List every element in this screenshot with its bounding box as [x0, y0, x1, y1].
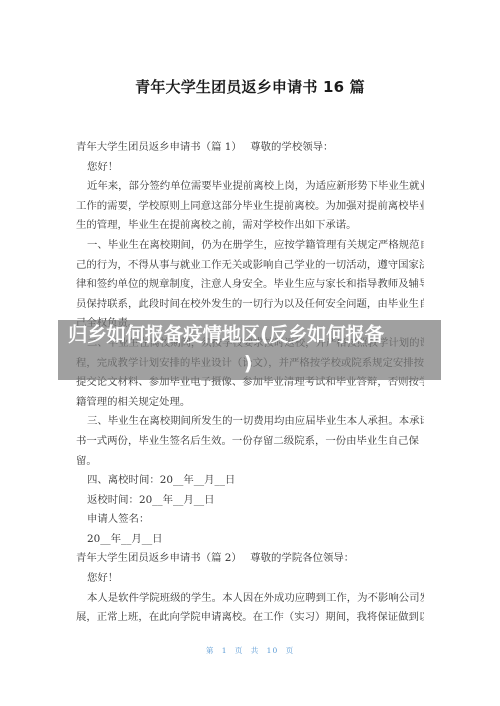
document-line: 书一式两份，毕业生签名后生效。一份存留二级院系，一份由毕业生自己保 [76, 432, 424, 452]
document-line: 工作的需要，学校原则上同意这部分毕业生提前离校。为加强对提前离校毕业 [76, 197, 424, 217]
overlay-title-line2: ) [68, 349, 428, 378]
document-line: 20__年__月__日 [76, 530, 424, 550]
document-line: 青年大学生团员返乡申请书（篇 2） 尊敬的学院各位领导： [76, 549, 424, 569]
document-page: 青年大学生团员返乡申请书 16 篇 青年大学生团员返乡申请书（篇 1） 尊敬的学… [0, 0, 500, 706]
document-line: 员保持联系，此段时间在校外发生的一切行为以及任何安全问题，由毕业生自 [76, 295, 424, 315]
document-line: 生的管理，毕业生在提前离校之前，需对学校作出如下承诺。 [76, 216, 424, 236]
document-line: 近年来，部分签约单位需要毕业提前离校上岗，为适应新形势下毕业生就业 [76, 177, 424, 197]
document-line: 本人是软件学院班级的学生。本人因在外成功应聘到工作，为不影响公司发 [76, 589, 424, 609]
document-line: 律和签约单位的规章制度，注意人身安全。毕业生应与家长和指导教师及辅导 [76, 275, 424, 295]
page-footer: 第 1 页 共 10 页 [0, 645, 500, 656]
document-line: 留。 [76, 452, 424, 472]
document-line: 己的行为，不得从事与就业工作无关或影响自己学业的一切活动，遵守国家法 [76, 256, 424, 276]
document-line: 返校时间：20__年__月__日 [76, 491, 424, 511]
document-line: 籍管理的相关规定处理。 [76, 393, 424, 413]
document-line: 展，正常上班，在此向学院申请离校。在工作（实习）期间，我将保证做到以 [76, 608, 424, 628]
document-body: 青年大学生团员返乡申请书（篇 1） 尊敬的学校领导：您好！近年来，部分签约单位需… [76, 138, 424, 628]
document-line: 一、毕业生在离校期间，仍为在册学生，应按学籍管理有关规定严格规范自 [76, 236, 424, 256]
document-line: 四、离校时间：20__年__月__日 [76, 471, 424, 491]
document-title: 青年大学生团员返乡申请书 16 篇 [0, 76, 500, 97]
overlay-title-line1: 归乡如何报备疫情地区(反乡如何报备 [68, 323, 384, 346]
document-line: 三、毕业生在离校期间所发生的一切费用均由应届毕业生本人承担。本承诺 [76, 412, 424, 432]
document-line: 您好！ [76, 569, 424, 589]
document-line: 青年大学生团员返乡申请书（篇 1） 尊敬的学校领导： [76, 138, 424, 158]
overlay-title: 归乡如何报备疫情地区(反乡如何报备 ) [68, 320, 428, 378]
document-line: 申请人签名： [76, 510, 424, 530]
document-line: 您好！ [76, 158, 424, 178]
